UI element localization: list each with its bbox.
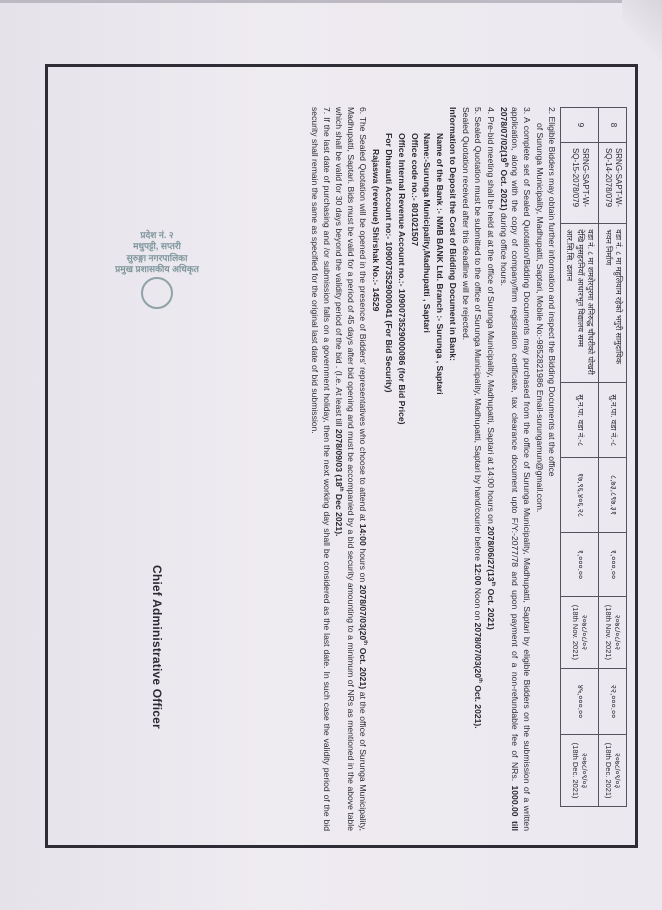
revenue-account: Office Internal Revenue Account no.:- 10… — [395, 107, 407, 831]
stamp-line1: प्रमुख प्रशासकीय अधिकृत — [92, 264, 222, 275]
p6-b: hours on — [358, 546, 368, 585]
contract-code: SRNG-SAPT-W-SQ-14-2078/079 — [599, 142, 627, 223]
p4-date: 2078/06/27(13 — [486, 526, 496, 581]
work-location: सु.न.पा. वडा नं.-८ — [561, 383, 599, 458]
office-code: Office code no.:- 801021507 — [408, 107, 420, 831]
stamp-seal-icon — [141, 277, 173, 309]
purchase-date-np: २०७८/०८/०२ — [613, 602, 623, 663]
scan-top-edge — [0, 0, 662, 3]
official-stamp: प्रदेश नं. २ मधुपट्टी, सप्तरी सुरुङ्गा न… — [92, 230, 222, 330]
work-description: वडा नं. ८ मा शमशेरपुरमा अनिरुद्ध चौधरीको… — [561, 224, 599, 383]
p6-valid-end: Dec 2021). — [334, 492, 344, 537]
p6-valid: 2078/09/03 (18 — [334, 429, 344, 487]
paragraph-2: 2. Eligible Bidders may obtain further i… — [533, 107, 557, 831]
bid-security: २२,०००.०० — [599, 668, 627, 734]
p2-line1: 2. Eligible Bidders may obtain further i… — [547, 107, 557, 477]
p6-time: 14:00 — [358, 524, 368, 546]
notice-body: 2. Eligible Bidders may obtain further i… — [308, 107, 557, 831]
cost-estimate: १७,९६,४०६.२८ — [561, 458, 599, 533]
p6-date-end: Oct. 2021) — [358, 645, 368, 689]
stamp-line2: सुरुङ्गा नगरपालिका — [92, 253, 222, 264]
paragraph-5: 5. Sealed Quotation must be submitted to… — [459, 107, 483, 831]
page-fold-corner — [622, 0, 662, 60]
notice-document: 8 SRNG-SAPT-W-SQ-14-2078/079 वडा नं. ८ म… — [45, 64, 638, 848]
work-location: सु.न.पा. वडा नं.-८ — [599, 383, 627, 458]
p5-line2: Sealed Quotation received after this dea… — [461, 107, 471, 340]
cost-estimate: ८,७३,८९७.३१ — [599, 458, 627, 533]
dharauti-account: For Dharauti Account no:- 10900735290000… — [382, 107, 394, 831]
purchase-date-en: (18th Nov. 2021) — [570, 602, 580, 663]
validity-date-en: (18th Dec. 2021) — [570, 740, 580, 801]
validity-date-np: २०७८/०९/०३ — [613, 740, 623, 801]
p5-text: 5. Sealed Quotation must be submitted to… — [473, 107, 483, 563]
serial-number: 9 — [561, 108, 599, 143]
p5-date: 2078/07/03(20 — [473, 623, 483, 678]
p5-time: 12:00 — [473, 563, 483, 585]
p5-mid: Noon on — [473, 585, 483, 622]
paragraph-4: 4. Pre-bid meeting shall be held at at t… — [484, 107, 496, 831]
security-validity: २०७८/०९/०३ (18th Dec. 2021) — [599, 735, 627, 807]
p4-date-end: Oct. 2021) — [486, 586, 496, 629]
paragraph-6: 6. The Sealed Quotation will be opened i… — [333, 107, 369, 831]
paragraph-3: 3. A complete set of Sealed Quotation/Bi… — [497, 107, 533, 831]
validity-date-np: २०७८/०९/०३ — [580, 740, 590, 801]
bank-info-heading: Information to Deposit the Cost of Biddi… — [446, 107, 458, 831]
bank-name: Name of the Bank :- NMB BANK Ltd. Branch… — [433, 107, 445, 831]
work-description: वडा नं. ८ मा महुलियाम रहेको भगुरी सामुदा… — [599, 224, 627, 383]
signature-title: Chief Administrative Officer — [148, 565, 165, 729]
purchase-date-np: २०७८/०८/०२ — [580, 602, 590, 663]
validity-date-en: (18th Dec. 2021) — [603, 740, 613, 801]
p3-text: 3. A complete set of Sealed Quotation/Bi… — [510, 107, 532, 831]
rajaswa-shirshak: Rajaswa (revenue) Shirshak No.:- 14529 — [369, 107, 381, 831]
serial-number: 8 — [599, 108, 627, 143]
table-row: 9 SRNG-SAPT-W-SQ-15-2078/079 वडा नं. ८ म… — [561, 108, 599, 807]
table-row: 8 SRNG-SAPT-W-SQ-14-2078/079 वडा नं. ८ म… — [599, 108, 627, 807]
p6-date: 2078/07/03(20 — [358, 585, 368, 640]
document-fee: १,०००.०० — [561, 532, 599, 596]
last-purchase-date: २०७८/०८/०२ (18th Nov. 2021) — [561, 597, 599, 669]
account-name: Name:-Surunga Municipality,Madhupatti , … — [421, 107, 433, 831]
security-validity: २०७८/०९/०३ (18th Dec. 2021) — [561, 735, 599, 807]
last-purchase-date: २०७८/०८/०२ (18th Nov. 2021) — [599, 597, 627, 669]
p2-line2: of Surunga Municipality, Madhupatti, Sap… — [535, 107, 545, 512]
paragraph-7: 7. If the last date of purchasing and /o… — [308, 107, 332, 831]
p4-text: 4. Pre-bid meeting shall be held at at t… — [486, 107, 496, 526]
bid-table: 8 SRNG-SAPT-W-SQ-14-2078/079 वडा नं. ८ म… — [560, 107, 627, 807]
purchase-date-en: (18th Nov. 2021) — [603, 602, 613, 663]
p6-a: 6. The Sealed Quotation will be opened i… — [358, 107, 368, 524]
contract-code: SRNG-SAPT-W-SQ-15-2078/079 — [561, 142, 599, 223]
bid-security: ४५,०००.०० — [561, 668, 599, 734]
p3-tail: during office hours. — [499, 211, 509, 286]
stamp-line3: मधुपट्टी, सप्तरी — [92, 241, 222, 252]
p5-date-end: Oct. 2021). — [473, 683, 483, 729]
stamp-line4: प्रदेश नं. २ — [92, 230, 222, 241]
p3-fee-end: Oct. 2021) — [499, 167, 509, 210]
document-fee: १,०००.०० — [599, 532, 627, 596]
